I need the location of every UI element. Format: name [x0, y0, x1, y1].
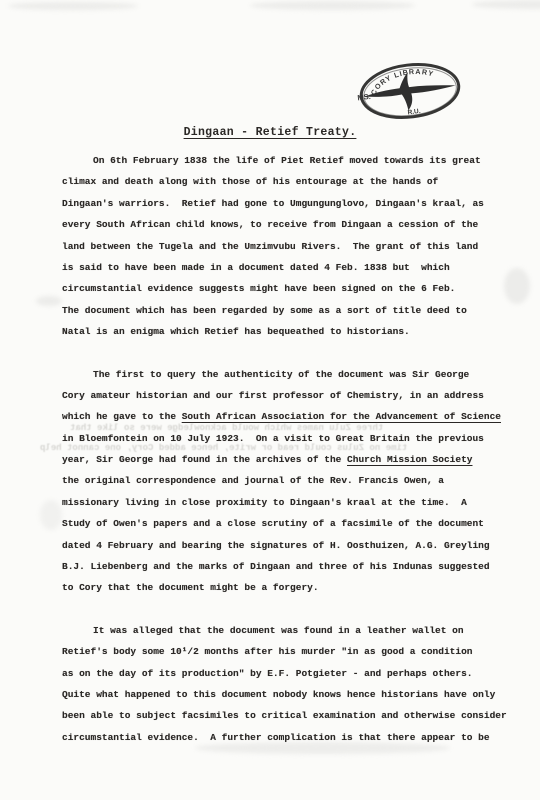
scan-smudge — [40, 500, 62, 530]
text-line: Retief's body some 10¹/2 months after hi… — [62, 641, 522, 662]
page-title: Dingaan - Retief Treaty. — [0, 126, 540, 139]
text-line: Study of Owen's papers and a close scrut… — [62, 513, 522, 534]
text-line: The first to query the authenticity of t… — [62, 364, 522, 385]
bleedthrough-text: time no Zulus could read or write, hence… — [40, 443, 407, 453]
text-line: It was alleged that the document was fou… — [62, 620, 522, 641]
text-line: dated 4 February and bearing the signatu… — [62, 535, 522, 556]
text-line: Natal is an enigma which Retief has bequ… — [62, 321, 522, 342]
scan-smudge — [8, 2, 138, 10]
document-body: On 6th February 1838 the life of Piet Re… — [62, 150, 522, 769]
stamp-left-text: MS. — [357, 92, 371, 103]
scan-smudge — [250, 1, 415, 10]
text-line: is said to have been made in a document … — [62, 257, 522, 278]
text-line: Quite what happened to this document nob… — [62, 684, 522, 705]
text-line: circumstantial evidence. A further compl… — [62, 727, 522, 748]
text-line: to Cory that the document might be a for… — [62, 577, 522, 598]
paragraph: On 6th February 1838 the life of Piet Re… — [62, 150, 522, 343]
scan-smudge — [472, 0, 540, 9]
text-line: climax and death along with those of his… — [62, 171, 522, 192]
text-line: On 6th February 1838 the life of Piet Re… — [62, 150, 522, 171]
text-line: The document which has been regarded by … — [62, 300, 522, 321]
text-line: circumstantial evidence suggests might h… — [62, 278, 522, 299]
text-line: land between the Tugela and the Umzimvub… — [62, 236, 522, 257]
text-line: Cory amateur historian and our first pro… — [62, 385, 522, 406]
text-line: missionary living in close proximity to … — [62, 492, 522, 513]
scan-smudge — [36, 296, 62, 306]
text-line: the original correspondence and journal … — [62, 470, 522, 491]
text-line: as on the day of its production" by E.F.… — [62, 663, 522, 684]
text-line: B.J. Liebenberg and the marks of Dingaan… — [62, 556, 522, 577]
underlined-text: Church Mission Society — [347, 454, 472, 465]
paragraph: It was alleged that the document was fou… — [62, 620, 522, 748]
text-line: every South African child knows, to rece… — [62, 214, 522, 235]
scanned-document-page: CORY LIBRARY MS. R.U. Dingaan - Retief T… — [0, 0, 540, 800]
paragraph: The first to query the authenticity of t… — [62, 364, 522, 599]
text-line: been able to subject facsimiles to criti… — [62, 705, 522, 726]
bleedthrough-text: three Zulu names which would acknowledge… — [70, 423, 383, 433]
underlined-text: South African Association for the Advanc… — [182, 411, 501, 422]
text-line: Dingaan's warriors. Retief had gone to U… — [62, 193, 522, 214]
library-stamp: CORY LIBRARY MS. R.U. — [353, 54, 468, 129]
